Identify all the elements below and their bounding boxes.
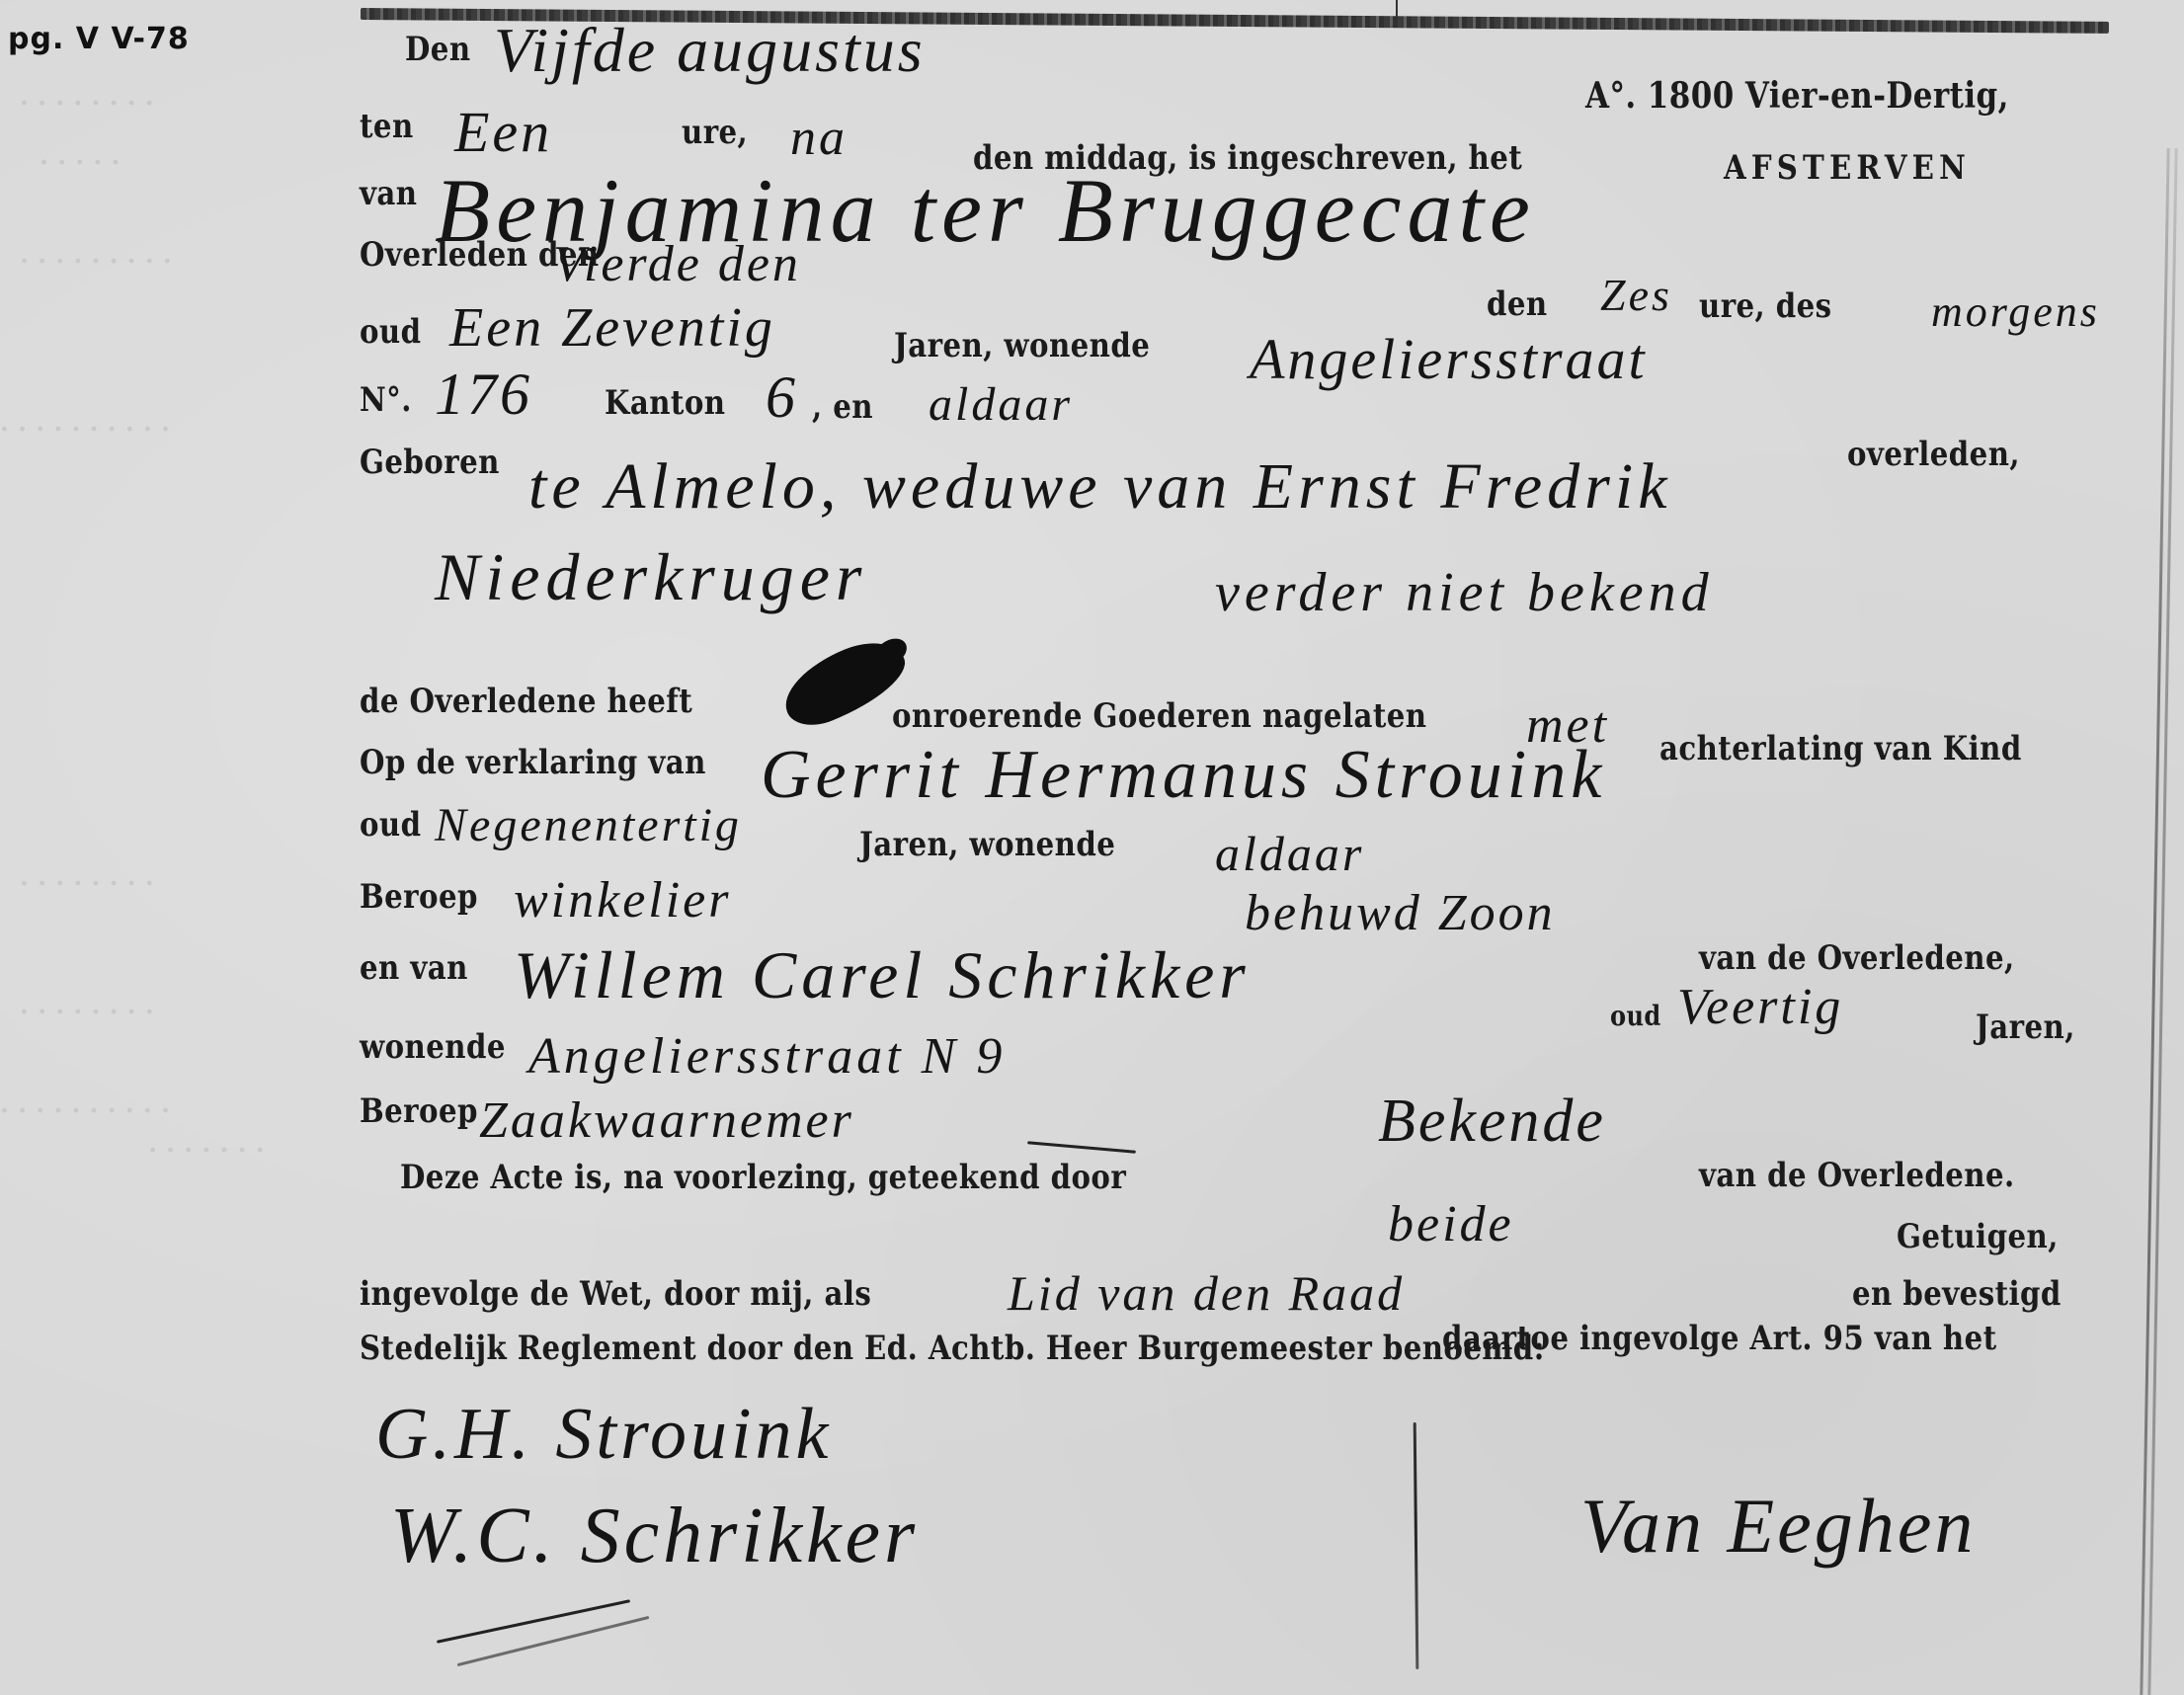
printed-oud-w2: oud [1610,1000,1661,1032]
separator-line [1414,1422,1419,1669]
hand-aldaar: aldaar [929,377,1073,432]
hand-birthplace-spouse: te Almelo, weduwe van Ernst Fredrik [528,449,1672,525]
printed-en-bevestigd: en bevestigd [1852,1274,2062,1314]
printed-de-overledene-heeft: de Overledene heeft [360,682,692,721]
hand-verder-niet-bekend: verder niet bekend [1215,561,1714,624]
printed-beroep-w1: Beroep [360,877,478,917]
hand-morgens: morgens [1931,286,2100,337]
bleed-through-text: · · · · · · · · [20,89,154,119]
hand-death-date: Vierde den [553,235,801,293]
hand-age: Een Zeventig [449,296,775,360]
hand-house-number: 176 [435,361,532,429]
signature-official: Van Eeghen [1580,1482,1976,1571]
hand-witness1-relation: behuwd Zoon [1245,884,1556,942]
printed-wonende-w2: wonende [360,1027,506,1067]
bleed-through-text: · · · · · · · · [20,869,154,899]
printed-oud: oud [360,312,421,352]
hand-death-hour: Zes [1600,269,1672,321]
bleed-through-text: · · · · · · · [148,1136,265,1166]
hand-witness2-name: Willem Carel Schrikker [514,936,1251,1014]
hand-witness1-age: Negenentertig [435,798,742,852]
printed-ure: ure, [682,113,748,152]
hand-beide: beide [1388,1195,1514,1253]
printed-ten: ten [360,107,414,146]
printed-geboren: Geboren [360,443,500,482]
hand-official-title: Lid van den Raad [1008,1264,1405,1322]
printed-ure-des: ure, des [1699,286,1832,326]
printed-den: Den [405,30,471,69]
page-label: pg. V V-78 [8,22,190,56]
printed-achterlating: achterlating van Kind [1659,729,2022,768]
bleed-through-text: · · · · · · · · [20,998,154,1027]
page-fold-line [2140,148,2169,1695]
printed-van-de-overledene-1: van de Overledene, [1699,938,2015,978]
printed-deze-acte: Deze Acte is, na voorlezing, geteekend d… [400,1158,1126,1197]
printed-op-de-verklaring: Op de verklaring van [360,743,706,782]
printed-stedelijk-reglement: Stedelijk Reglement door den Ed. Achtb. … [360,1329,1545,1368]
printed-getuigen: Getuigen, [1897,1217,2059,1256]
printed-van-de-overledene-2: van de Overledene. [1699,1156,2015,1195]
printed-nr: N°. [360,380,412,420]
hand-witness2-residence: Angeliersstraat N 9 [528,1027,1006,1086]
signature-underline [457,1616,650,1666]
printed-den2: den [1487,284,1548,324]
signature-witness2: W.C. Schrikker [390,1492,919,1581]
bleed-through-text: · · · · · · · · · · [0,415,170,444]
printed-van: van [360,174,417,213]
hand-witness2-occupation: Zaakwaarnemer [479,1091,854,1150]
printed-ingevolge-de-wet: ingevolge de Wet, door mij, als [360,1274,871,1314]
signature-underline [437,1599,630,1644]
bleed-through-text: · · · · · [40,148,120,178]
hand-hour: Een [454,99,552,165]
dash-line [1027,1141,1136,1154]
printed-kanton: Kanton [605,383,725,423]
printed-onroerende-goederen: onroerende Goederen nagelaten [892,696,1426,736]
hand-spouse-surname: Niederkruger [435,538,867,616]
printed-oud-w1: oud [360,805,421,845]
printed-jaren-wonende: Jaren, wonende [894,326,1150,365]
hand-date: Vijfde augustus [494,14,926,87]
printed-en-van: en van [360,948,468,988]
printed-year: A°. 1800 Vier-en-Dertig, [1585,75,2009,117]
hand-witness1-name: Gerrit Hermanus Strouink [761,736,1606,815]
bleed-through-text: · · · · · · · · · · [0,1096,170,1126]
printed-jaren-wonende-w1: Jaren, wonende [859,825,1115,864]
printed-en: , en [812,387,873,427]
printed-overleden: overleden, [1847,435,2020,474]
hand-witness1-residence: aldaar [1215,825,1364,882]
printed-jaren-w2: Jaren, [1976,1008,2075,1047]
bleed-through-text: · · · · · · · · · [20,247,172,277]
hand-kanton-number: 6 [766,363,798,432]
hand-witness1-occupation: winkelier [514,871,732,929]
printed-afsterven: AFSTERVEN [1724,148,1971,188]
hand-witness2-relation: Bekende [1378,1087,1606,1157]
printed-beroep-w2: Beroep [360,1091,478,1131]
hand-street: Angeliersstraat [1250,326,1648,392]
signature-witness1: G.H. Strouink [375,1393,832,1477]
hand-witness2-age: Veertig [1677,978,1843,1036]
